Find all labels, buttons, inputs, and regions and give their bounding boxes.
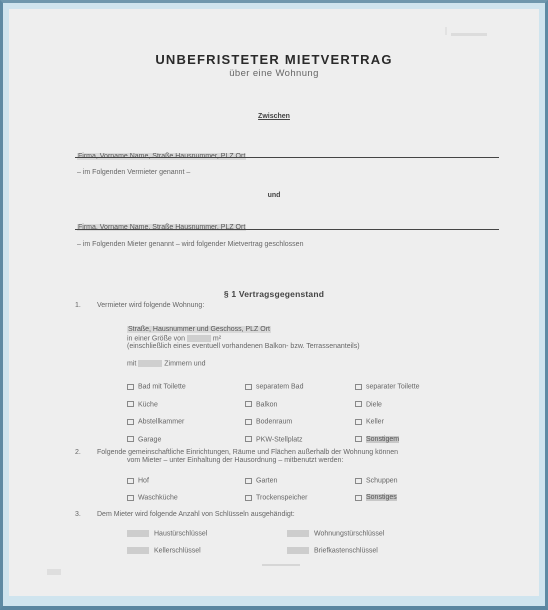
checkbox-icon[interactable] [355,401,362,407]
document-title: UNBEFRISTETER MIETVERTRAG [9,52,539,67]
checkbox-icon[interactable] [355,419,362,425]
document-page: UNBEFRISTETER MIETVERTRAG über eine Wohn… [9,9,539,596]
size-note: (einschließlich eines eventuell vorhande… [127,343,360,350]
checkbox-label: Hof [138,477,149,484]
rooms-suffix: Zimmern und [164,360,205,367]
and-label: und [9,192,539,199]
tenant-line [75,229,499,230]
checkbox-option[interactable]: Bad mit Toilette [127,378,186,396]
key-count-input[interactable] [287,547,309,554]
checkbox-option[interactable]: Diele [355,396,382,414]
checkbox-label: Trockenspeicher [256,494,308,501]
size-prefix: in einer Größe von [127,335,185,342]
checkbox-label: Abstellkammer [138,418,184,425]
checkbox-icon[interactable] [245,478,252,484]
tenant-field[interactable]: Firma, Vorname Name, Straße Hausnummer, … [77,216,246,234]
checkbox-option[interactable]: PKW-Stellplatz [245,431,303,449]
checkbox-label: Garten [256,477,277,484]
landlord-field[interactable]: Firma, Vorname Name, Straße Hausnummer, … [77,145,246,163]
document-subtitle: über eine Wohnung [9,68,539,79]
key-label: Haustürschlüssel [154,530,207,537]
checkbox-icon[interactable] [127,436,134,442]
checkbox-option[interactable]: Garage [127,431,161,449]
key-count-input[interactable] [127,530,149,537]
checkbox-option[interactable]: Sonstiges [355,489,397,507]
checkbox-label: Bad mit Toilette [138,383,186,390]
item3-text: Dem Mieter wird folgende Anzahl von Schl… [97,511,295,518]
item2-text-line2: vom Mieter – unter Einhaltung der Hausor… [127,457,343,464]
checkbox-option[interactable]: Schuppen [355,472,398,490]
checkbox-label: Sonstigem [366,436,399,443]
checkbox-label: PKW-Stellplatz [256,436,303,443]
key-count-field[interactable]: Haustürschlüssel [127,525,207,543]
checkbox-option[interactable]: Garten [245,472,277,490]
checkbox-label: Keller [366,418,384,425]
tenant-note: – im Folgenden Mieter genannt – wird fol… [77,241,303,248]
checkbox-label: separater Toilette [366,383,420,390]
checkbox-label: Garage [138,436,161,443]
key-label: Kellerschlüssel [154,547,201,554]
checkbox-option[interactable]: Hof [127,472,149,490]
checkbox-option[interactable]: separatem Bad [245,378,303,396]
checkbox-label: Küche [138,401,158,408]
landlord-note: – im Folgenden Vermieter genannt – [77,169,190,176]
checkbox-label: Bodenraum [256,418,292,425]
page-footer-mark [262,564,300,566]
item1-text: Vermieter wird folgende Wohnung: [97,302,204,309]
checkbox-icon[interactable] [127,419,134,425]
item2-text-line1: Folgende gemeinschaftliche Einrichtungen… [97,449,398,456]
checkbox-label: Waschküche [138,494,178,501]
checkbox-icon[interactable] [245,495,252,501]
key-count-field[interactable]: Wohnungstürschlüssel [287,525,384,543]
size-line: in einer Größe von m² [127,335,221,342]
checkbox-option[interactable]: Küche [127,396,158,414]
rooms-input[interactable] [138,360,162,367]
page-corner-mark [47,569,61,575]
key-count-input[interactable] [287,530,309,537]
address-field[interactable]: Straße, Hausnummer und Geschoss, PLZ Ort [127,318,271,336]
checkbox-option[interactable]: Waschküche [127,489,178,507]
size-unit: m² [213,335,221,342]
checkbox-option[interactable]: Bodenraum [245,413,292,431]
between-label: Zwischen [9,113,539,120]
checkbox-option[interactable]: Trockenspeicher [245,489,308,507]
checkbox-label: Sonstiges [366,494,397,501]
rooms-line: mit Zimmern und [127,360,205,367]
checkbox-option[interactable]: Abstellkammer [127,413,184,431]
checkbox-icon[interactable] [127,401,134,407]
checkbox-option[interactable]: separater Toilette [355,378,420,396]
checkbox-icon[interactable] [245,384,252,390]
checkbox-icon[interactable] [355,384,362,390]
checkbox-icon[interactable] [127,384,134,390]
checkbox-icon[interactable] [127,495,134,501]
checkbox-icon[interactable] [355,495,362,501]
key-count-field[interactable]: Kellerschlüssel [127,542,201,560]
size-input[interactable] [187,335,211,342]
landlord-line [75,157,499,158]
checkbox-option[interactable]: Balkon [245,396,277,414]
checkbox-label: separatem Bad [256,383,303,390]
checkbox-icon[interactable] [355,436,362,442]
address-field-text: Straße, Hausnummer und Geschoss, PLZ Ort [127,326,271,333]
checkbox-icon[interactable] [245,419,252,425]
checkbox-option[interactable]: Sonstigem [355,431,399,449]
header-line [451,33,487,36]
item-number: 2. [75,449,81,456]
checkbox-option[interactable]: Keller [355,413,384,431]
section-heading: § 1 Vertragsgegenstand [9,289,539,299]
checkbox-icon[interactable] [245,401,252,407]
key-label: Briefkastenschlüssel [314,547,378,554]
key-count-field[interactable]: Briefkastenschlüssel [287,542,378,560]
item-number: 1. [75,302,81,309]
checkbox-icon[interactable] [245,436,252,442]
checkbox-icon[interactable] [355,478,362,484]
header-mark [445,27,447,35]
rooms-prefix: mit [127,360,136,367]
item-number: 3. [75,511,81,518]
checkbox-label: Diele [366,401,382,408]
key-label: Wohnungstürschlüssel [314,530,384,537]
checkbox-label: Balkon [256,401,277,408]
window-frame: UNBEFRISTETER MIETVERTRAG über eine Wohn… [0,0,548,610]
checkbox-label: Schuppen [366,477,398,484]
checkbox-icon[interactable] [127,478,134,484]
key-count-input[interactable] [127,547,149,554]
